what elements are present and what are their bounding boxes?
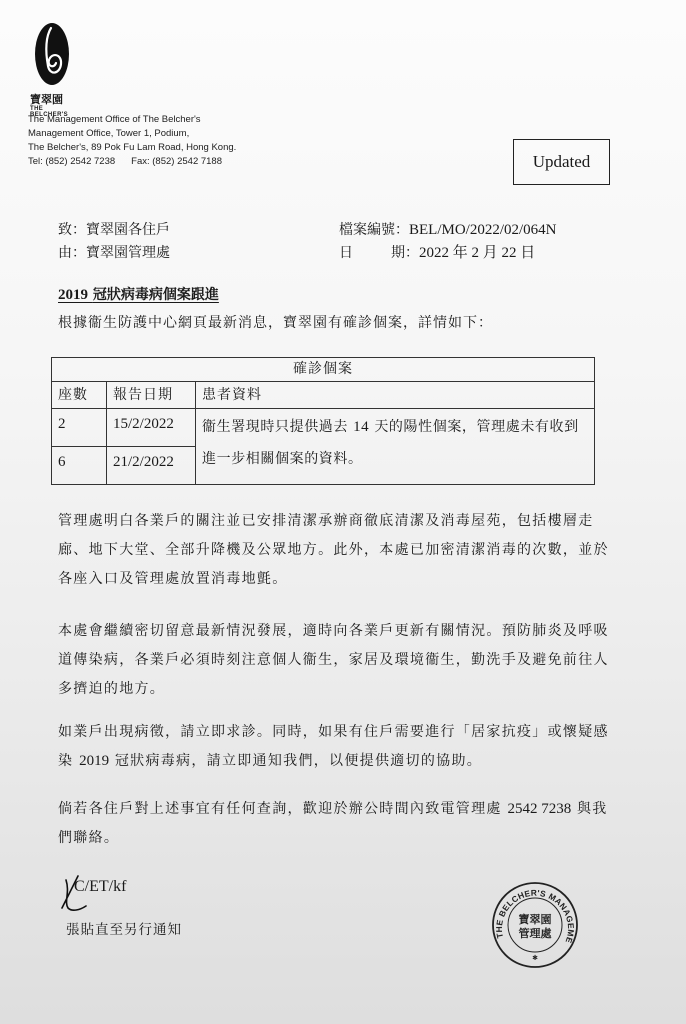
from-value: 寶翠園管理處 bbox=[86, 245, 170, 261]
address-line-3: The Belcher's, 89 Pok Fu Lam Road, Hong … bbox=[28, 141, 236, 155]
company-seal-icon: THE BELCHER'S MANAGEMENT OFFICE ✱ 寶翠園 管理… bbox=[490, 880, 580, 970]
ref-label: 檔案編號： bbox=[339, 222, 409, 238]
paragraph-symptoms: 如業戶出現病徵，請立即求診。同時，如果有住戶需要進行「居家抗疫」或懷疑感染 20… bbox=[58, 718, 618, 776]
title-text: 冠狀病毒病個案跟進 bbox=[93, 287, 219, 303]
reference-code: C/ET/kf bbox=[74, 878, 126, 895]
address-line-2: Management Office, Tower 1, Podium, bbox=[28, 127, 236, 141]
company-logo: 寶翠園 THE BELCHER'S bbox=[30, 22, 78, 118]
p4-phone: 2542 7238 bbox=[507, 801, 571, 817]
svg-text:管理處: 管理處 bbox=[519, 926, 552, 940]
ref-value: BEL/MO/2022/02/064N bbox=[409, 222, 557, 238]
memo-from: 由：寶翠園管理處 bbox=[58, 243, 170, 263]
date-value: 2022 年 2 月 22 日 bbox=[419, 245, 535, 261]
cell-report-date: 15/2/2022 bbox=[107, 409, 196, 447]
to-value: 寶翠園各住戶 bbox=[86, 222, 170, 238]
date-label-first: 日 bbox=[339, 245, 353, 261]
paragraph-monitoring: 本處會繼續密切留意最新情況發展，適時向各業戶更新有關情況。預防肺炎及呼吸道傳染病… bbox=[58, 617, 618, 704]
svg-text:寶翠園: 寶翠園 bbox=[519, 912, 552, 926]
title-year: 2019 bbox=[58, 287, 88, 303]
table-caption: 確診個案 bbox=[52, 358, 595, 382]
header-patient-info: 患者資料 bbox=[196, 382, 595, 409]
belcher-logo-icon bbox=[34, 22, 70, 86]
header-block: 座數 bbox=[52, 382, 107, 409]
letterhead-address: The Management Office of The Belcher's M… bbox=[28, 113, 236, 169]
header-report-date: 報告日期 bbox=[107, 382, 196, 409]
memo-date: 日期：2022 年 2 月 22 日 bbox=[339, 243, 535, 263]
memo-reference: 檔案編號：BEL/MO/2022/02/064N bbox=[339, 220, 557, 240]
p3-year: 2019 bbox=[79, 753, 109, 769]
p4-text-a: 倘若各住戶對上述事宜有任何查詢，歡迎於辦公時間內致電管理處 bbox=[58, 801, 502, 817]
updated-stamp: Updated bbox=[513, 139, 610, 185]
paragraph-enquiries: 倘若各住戶對上述事宜有任何查詢，歡迎於辦公時間內致電管理處 2542 7238 … bbox=[58, 795, 618, 853]
memo-to: 致：寶翠園各住戶 bbox=[58, 220, 170, 240]
contact-line: Tel: (852) 2542 7238Fax: (852) 2542 7188 bbox=[28, 155, 236, 169]
intro-text: 根據衞生防護中心網頁最新消息，寶翠園有確診個案，詳情如下： bbox=[58, 312, 493, 332]
date-label-second: 期： bbox=[391, 245, 419, 261]
paragraph-cleaning: 管理處明白各業戶的關注並已安排清潔承辦商徹底清潔及消毒屋苑，包括樓層走廊、地下大… bbox=[58, 507, 618, 594]
cell-block: 2 bbox=[52, 409, 107, 447]
logo-chinese-name: 寶翠園 bbox=[30, 91, 78, 107]
reference-initials: C/ET/kf bbox=[58, 878, 126, 896]
cell-block: 6 bbox=[52, 447, 107, 485]
patient-info-days: 14 bbox=[353, 419, 369, 435]
telephone: Tel: (852) 2542 7238 bbox=[28, 156, 115, 167]
posting-notice: 張貼直至另行通知 bbox=[66, 918, 182, 938]
address-line-1: The Management Office of The Belcher's bbox=[28, 113, 236, 127]
cell-patient-info: 衞生署現時只提供過去 14 天的陽性個案，管理處未有收到進一步相關個案的資料。 bbox=[196, 409, 595, 485]
table-row: 2 15/2/2022 衞生署現時只提供過去 14 天的陽性個案，管理處未有收到… bbox=[52, 409, 595, 447]
p3-text-b: 冠狀病毒病，請立即通知我們，以便提供適切的協助。 bbox=[115, 753, 482, 769]
fax: Fax: (852) 2542 7188 bbox=[131, 156, 222, 167]
notice-title: 2019 冠狀病毒病個案跟進 bbox=[58, 284, 219, 304]
cell-report-date: 21/2/2022 bbox=[107, 447, 196, 485]
confirmed-cases-table: 確診個案 座數 報告日期 患者資料 2 15/2/2022 衞生署現時只提供過去… bbox=[51, 357, 595, 485]
patient-info-text-a: 衞生署現時只提供過去 bbox=[202, 419, 348, 435]
svg-text:✱: ✱ bbox=[532, 954, 538, 962]
to-label: 致： bbox=[58, 222, 86, 238]
from-label: 由： bbox=[58, 245, 86, 261]
